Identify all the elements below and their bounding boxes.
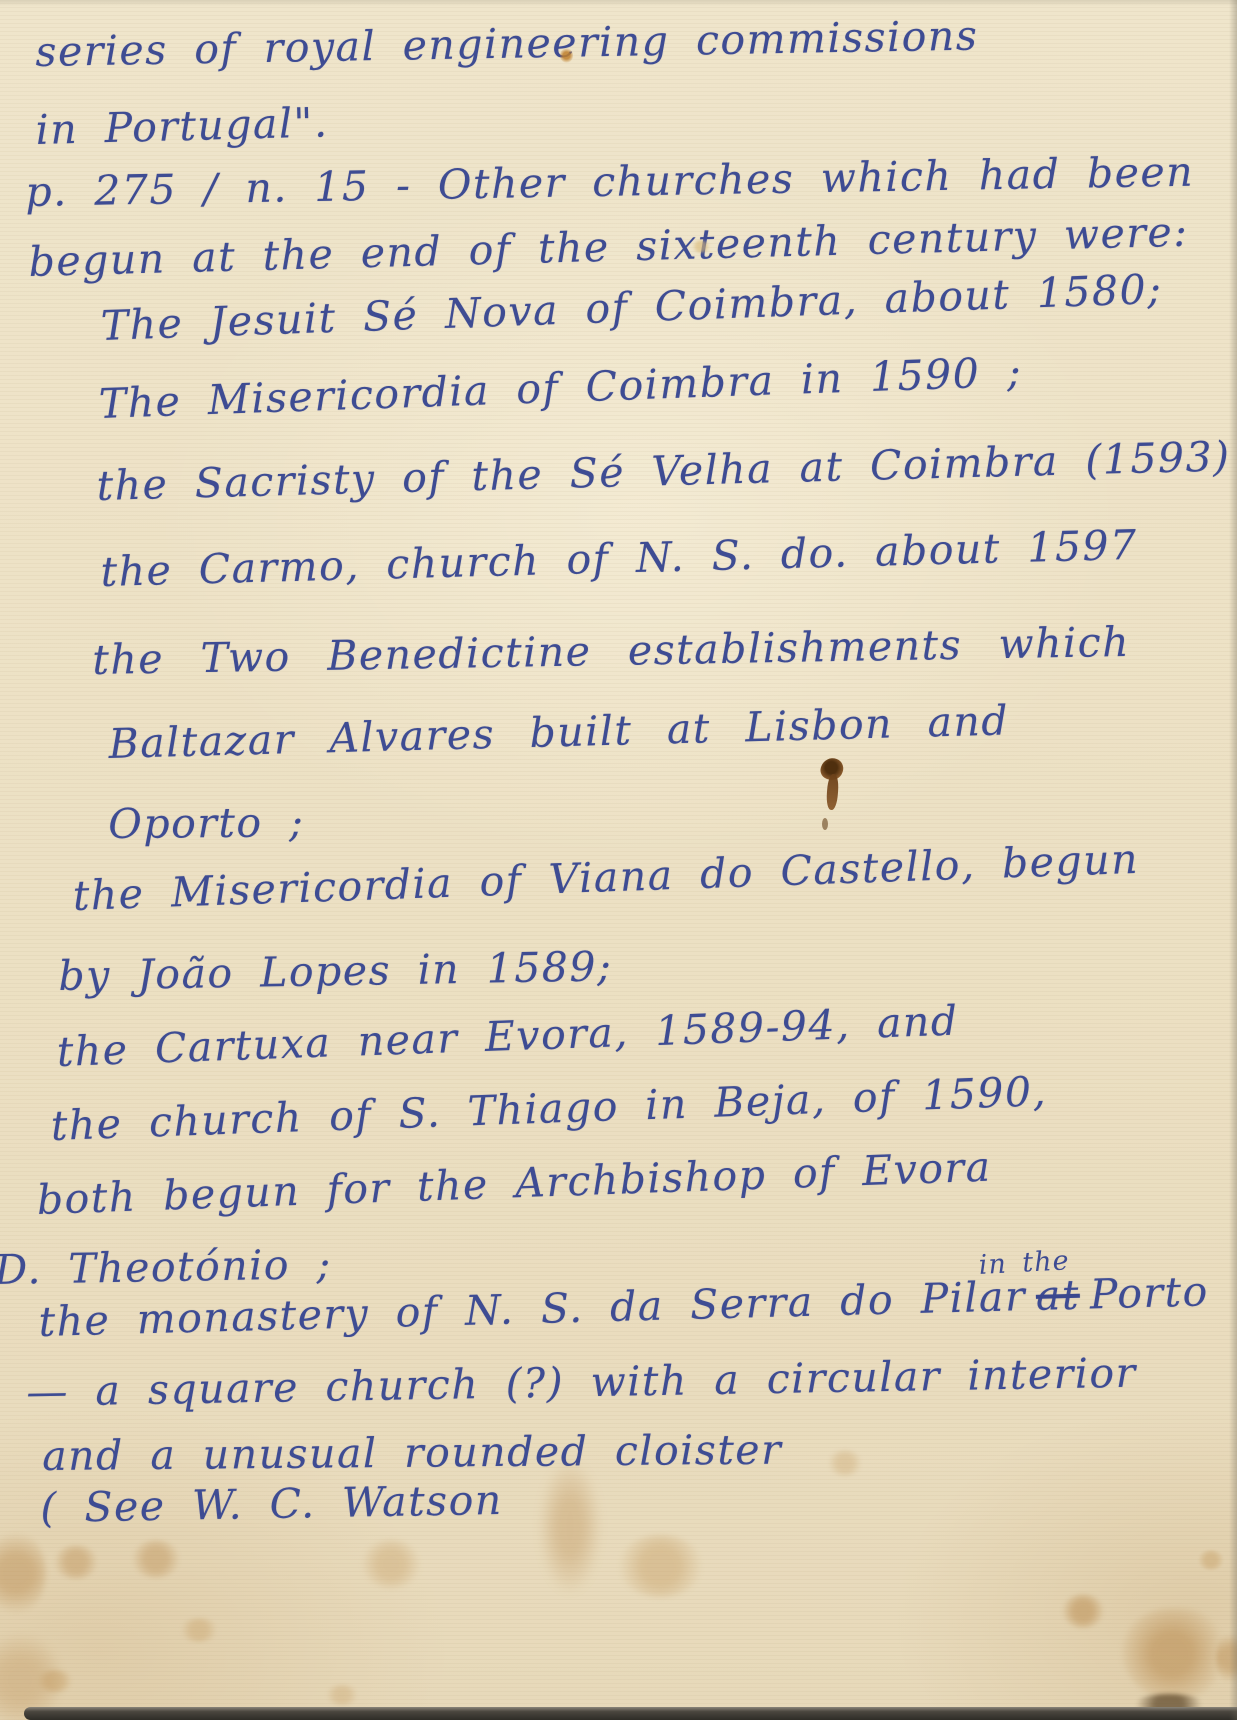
fox-stain xyxy=(1198,1550,1224,1570)
fox-stain xyxy=(132,1540,180,1578)
fox-stain xyxy=(36,1670,74,1692)
manuscript-line: ( See W. C. Watson xyxy=(40,1476,503,1532)
ink-stain-stem xyxy=(826,774,839,811)
manuscript-page: series of royal engineering commissions … xyxy=(0,0,1237,1720)
fox-stain xyxy=(828,1450,862,1476)
fox-stain xyxy=(618,1535,703,1597)
manuscript-line: in Portugal". xyxy=(35,98,329,154)
manuscript-line: the Misericordia of Viana do Castello, b… xyxy=(72,835,1140,920)
manuscript-line: the Carmo, church of N. S. do. about 159… xyxy=(100,521,1138,596)
manuscript-line: by João Lopes in 1589; xyxy=(58,942,613,1000)
fox-stain xyxy=(54,1545,98,1579)
manuscript-line: Oporto ; xyxy=(108,798,305,848)
fox-stain xyxy=(362,1540,420,1588)
page-top-edge-shadow xyxy=(0,0,1237,6)
ink-stain xyxy=(818,756,848,846)
page-right-edge-shadow xyxy=(1229,0,1237,1720)
manuscript-line: Baltazar Alvares built at Lisbon and xyxy=(108,696,1010,768)
manuscript-line: and a unusual rounded cloister xyxy=(42,1426,782,1480)
fox-stain xyxy=(540,1462,600,1592)
pilar-line-after: Porto xyxy=(1089,1267,1209,1318)
fox-stain xyxy=(180,1618,218,1642)
manuscript-line: the Sacristy of the Sé Velha at Coimbra … xyxy=(96,432,1231,510)
manuscript-line: — a square church (?) with a circular in… xyxy=(26,1349,1137,1416)
manuscript-line: the Cartuxa near Evora, 1589-94, and xyxy=(56,997,959,1076)
page-bottom-edge-shadow xyxy=(24,1707,1237,1720)
manuscript-line: D. Theotónio ; xyxy=(0,1240,332,1294)
ink-stain-speck xyxy=(822,818,828,830)
manuscript-line: both begun for the Archbishop of Evora xyxy=(36,1143,992,1224)
ink-stain-head xyxy=(818,755,846,783)
fox-stain xyxy=(1122,1608,1222,1700)
fox-stain xyxy=(1062,1594,1104,1628)
manuscript-line: The Misericordia of Coimbra in 1590 ; xyxy=(98,348,1023,428)
fox-stain xyxy=(325,1685,359,1705)
manuscript-line: series of royal engineering commissions xyxy=(35,12,979,76)
manuscript-line: the Two Benedictine establishments which xyxy=(92,618,1130,684)
fox-stain xyxy=(0,1532,46,1614)
manuscript-line: the church of S. Thiago in Beja, of 1590… xyxy=(50,1067,1048,1150)
struck-out-word: at xyxy=(1035,1271,1080,1320)
manuscript-line: p. 275 / n. 15 - Other churches which ha… xyxy=(25,148,1194,216)
inserted-annotation: in the xyxy=(978,1245,1070,1281)
